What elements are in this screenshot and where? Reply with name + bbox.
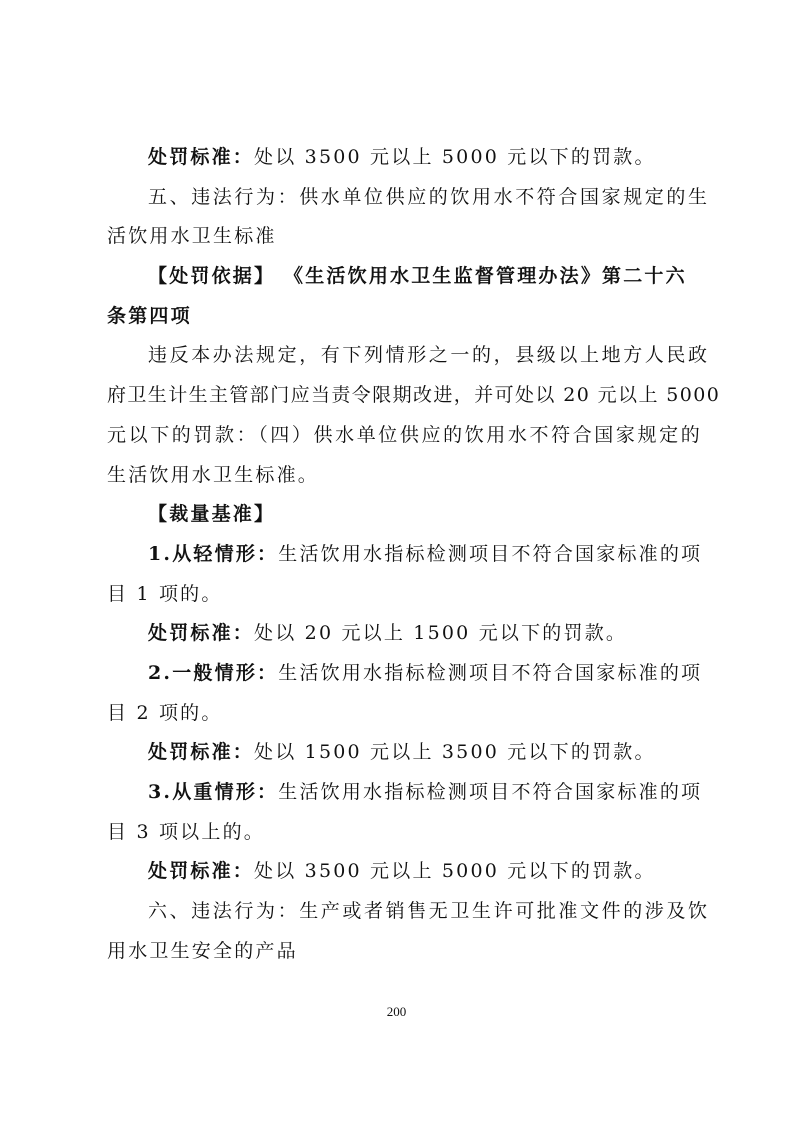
- penalty-basis-heading: 【处罚依据】 《生活饮用水卫生监督管理办法》第二十六: [107, 257, 693, 297]
- penalty-standard-general: 处罚标准：处以 1500 元以上 3500 元以下的罚款。: [107, 733, 693, 773]
- penalty-standard-text: 处以 20 元以上 1500 元以下的罚款。: [254, 622, 627, 644]
- page-number: 200: [0, 1004, 793, 1020]
- penalty-standard-line: 处罚标准：处以 3500 元以上 5000 元以下的罚款。: [107, 138, 693, 178]
- regulation-text-line-4: 生活饮用水卫生标准。: [107, 456, 693, 496]
- lenient-case-line-1: 1.从轻情形：生活饮用水指标检测项目不符合国家标准的项: [107, 535, 693, 575]
- violation-six-line-2: 用水卫生安全的产品: [107, 932, 693, 972]
- general-case-line-1: 2.一般情形：生活饮用水指标检测项目不符合国家标准的项: [107, 654, 693, 694]
- penalty-standard-label: 处罚标准：: [148, 860, 254, 882]
- lenient-case-label: 1.从轻情形：: [148, 543, 278, 565]
- general-case-line-2: 目 2 项的。: [107, 694, 693, 734]
- penalty-standard-label: 处罚标准：: [148, 146, 254, 168]
- severe-case-line-2: 目 3 项以上的。: [107, 813, 693, 853]
- penalty-standard-severe: 处罚标准：处以 3500 元以上 5000 元以下的罚款。: [107, 852, 693, 892]
- regulation-text-line-2: 府卫生计生主管部门应当责令限期改进，并可处以 20 元以上 5000: [107, 376, 693, 416]
- document-page: 处罚标准：处以 3500 元以上 5000 元以下的罚款。 五、违法行为：供水单…: [107, 138, 693, 971]
- lenient-case-line-2: 目 1 项的。: [107, 575, 693, 615]
- penalty-standard-label: 处罚标准：: [148, 741, 254, 763]
- penalty-standard-lenient: 处罚标准：处以 20 元以上 1500 元以下的罚款。: [107, 614, 693, 654]
- penalty-standard-text: 处以 1500 元以上 3500 元以下的罚款。: [254, 741, 656, 763]
- severe-case-text: 生活饮用水指标检测项目不符合国家标准的项: [278, 781, 702, 803]
- penalty-basis-heading-cont: 条第四项: [107, 297, 693, 337]
- regulation-text-line-1: 违反本办法规定，有下列情形之一的，县级以上地方人民政: [107, 336, 693, 376]
- violation-five-line-1: 五、违法行为：供水单位供应的饮用水不符合国家规定的生: [107, 178, 693, 218]
- general-case-text: 生活饮用水指标检测项目不符合国家标准的项: [278, 662, 702, 684]
- severe-case-label: 3.从重情形：: [148, 781, 278, 803]
- discretion-standard-heading: 【裁量基准】: [107, 495, 693, 535]
- violation-six-line-1: 六、违法行为：生产或者销售无卫生许可批准文件的涉及饮: [107, 892, 693, 932]
- general-case-label: 2.一般情形：: [148, 662, 278, 684]
- penalty-standard-text: 处以 3500 元以上 5000 元以下的罚款。: [254, 146, 656, 168]
- lenient-case-text: 生活饮用水指标检测项目不符合国家标准的项: [278, 543, 702, 565]
- penalty-standard-label: 处罚标准：: [148, 622, 254, 644]
- penalty-standard-text: 处以 3500 元以上 5000 元以下的罚款。: [254, 860, 656, 882]
- severe-case-line-1: 3.从重情形：生活饮用水指标检测项目不符合国家标准的项: [107, 773, 693, 813]
- violation-five-line-2: 活饮用水卫生标准: [107, 217, 693, 257]
- regulation-text-line-3: 元以下的罚款：（四）供水单位供应的饮用水不符合国家规定的: [107, 416, 693, 456]
